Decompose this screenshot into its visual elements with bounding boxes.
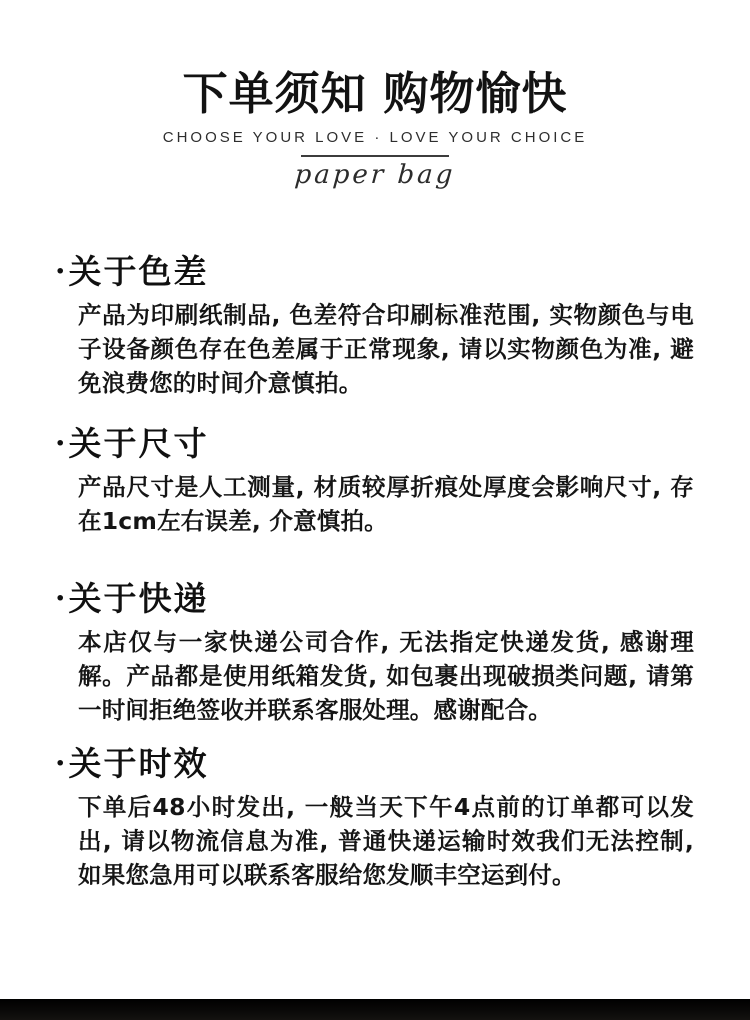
page-subtitle: CHOOSE YOUR LOVE · LOVE YOUR CHOICE [0, 130, 750, 147]
section-size: ·关于尺寸 产品尺寸是人工测量, 材质较厚折痕处厚度会影响尺寸, 存在1cm左右… [55, 425, 694, 538]
section-heading: ·关于尺寸 [55, 425, 694, 463]
brand-script-text: paper bag [0, 159, 750, 192]
header-divider [301, 155, 449, 157]
section-timeliness: ·关于时效 下单后48小时发出, 一般当天下午4点前的订单都可以发出, 请以物流… [55, 745, 694, 892]
page-header: 下单须知 购物愉快 CHOOSE YOUR LOVE · LOVE YOUR C… [0, 0, 750, 191]
section-body-text: 本店仅与一家快递公司合作, 无法指定快递发货, 感谢理解。产品都是使用纸箱发货,… [78, 625, 694, 727]
section-heading-text: 关于色差 [68, 252, 208, 291]
section-color-difference: ·关于色差 产品为印刷纸制品, 色差符合印刷标准范围, 实物颜色与电子设备颜色存… [55, 253, 694, 400]
bullet-dot: · [55, 253, 67, 291]
section-heading: ·关于色差 [55, 253, 694, 291]
section-heading: ·关于时效 [55, 745, 694, 783]
bullet-dot: · [55, 745, 67, 783]
next-image-top-edge [0, 999, 750, 1020]
section-body-text: 产品为印刷纸制品, 色差符合印刷标准范围, 实物颜色与电子设备颜色存在色差属于正… [78, 298, 694, 400]
section-heading-text: 关于时效 [68, 744, 208, 783]
section-heading-text: 关于尺寸 [68, 424, 208, 463]
section-body-text: 下单后48小时发出, 一般当天下午4点前的订单都可以发出, 请以物流信息为准, … [78, 790, 694, 892]
section-express: ·关于快递 本店仅与一家快递公司合作, 无法指定快递发货, 感谢理解。产品都是使… [55, 580, 694, 727]
page-title: 下单须知 购物愉快 [0, 70, 750, 117]
bullet-dot: · [55, 580, 67, 618]
section-heading-text: 关于快递 [68, 579, 208, 618]
section-heading: ·关于快递 [55, 580, 694, 618]
bullet-dot: · [55, 425, 67, 463]
section-body-text: 产品尺寸是人工测量, 材质较厚折痕处厚度会影响尺寸, 存在1cm左右误差, 介意… [78, 470, 694, 538]
order-notice-page: 下单须知 购物愉快 CHOOSE YOUR LOVE · LOVE YOUR C… [0, 0, 750, 1020]
notice-sections: ·关于色差 产品为印刷纸制品, 色差符合印刷标准范围, 实物颜色与电子设备颜色存… [0, 253, 750, 892]
